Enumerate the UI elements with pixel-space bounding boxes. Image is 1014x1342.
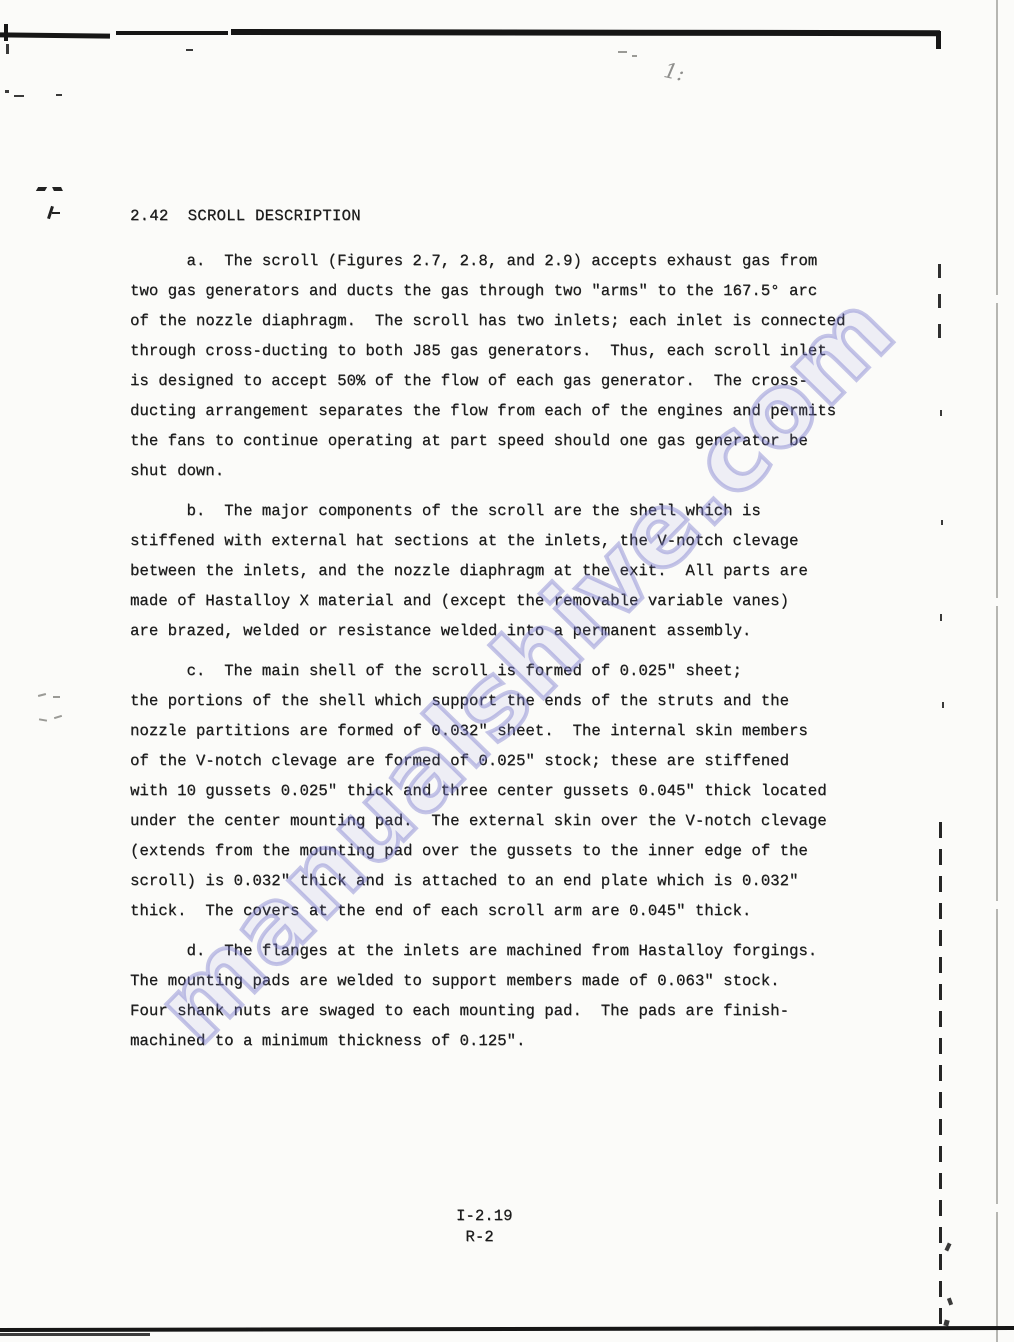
scan-speck — [6, 44, 9, 54]
scan-right-dashed-line — [939, 822, 942, 1330]
page-footer: I-2.19 R-2 — [456, 1206, 512, 1248]
scan-speck — [942, 702, 944, 708]
pencil-squiggle — [52, 212, 60, 214]
scan-speck — [944, 1243, 951, 1252]
scan-bottom-line — [0, 1326, 1014, 1332]
handwritten-page-mark: 1: — [662, 58, 687, 86]
scan-speck — [186, 49, 193, 51]
scan-speck — [947, 1298, 953, 1306]
pencil-mark-faint — [38, 693, 46, 697]
scan-right-dashed-line — [938, 264, 941, 342]
scan-top-line-segment — [0, 32, 110, 38]
scan-speck — [940, 614, 942, 621]
paragraph-c: c. The main shell of the scroll is forme… — [130, 656, 827, 926]
pencil-mark-faint — [53, 696, 60, 698]
section-heading: 2.42 SCROLL DESCRIPTION — [130, 201, 361, 231]
paragraph-a: a. The scroll (Figures 2.7, 2.8, and 2.9… — [130, 246, 845, 486]
paragraph-b: b. The major components of the scroll ar… — [130, 496, 808, 646]
scan-speck — [5, 90, 9, 93]
scan-bottom-line-fragment — [0, 1333, 150, 1336]
scan-top-line-segment — [116, 31, 228, 35]
scan-top-line-segment — [231, 29, 940, 36]
pencil-mark — [52, 187, 63, 191]
pencil-mark-faint — [39, 718, 47, 721]
scan-top-line-hook — [936, 31, 941, 49]
pencil-mark-faint — [54, 715, 62, 719]
scan-speck — [940, 410, 942, 416]
scan-corner-tick — [4, 24, 8, 41]
scan-speck — [618, 51, 627, 53]
scan-right-edge-line — [996, 0, 998, 1342]
paragraph-d: d. The flanges at the inlets are machine… — [130, 936, 817, 1056]
scan-speck — [941, 520, 943, 525]
pencil-mark — [36, 187, 47, 191]
scan-speck — [632, 55, 637, 57]
scan-speck — [14, 95, 24, 97]
scan-speck — [56, 94, 62, 96]
document-page: 1: 2.42 SCROLL DESCRIPTION a. The scroll… — [0, 0, 1014, 1342]
